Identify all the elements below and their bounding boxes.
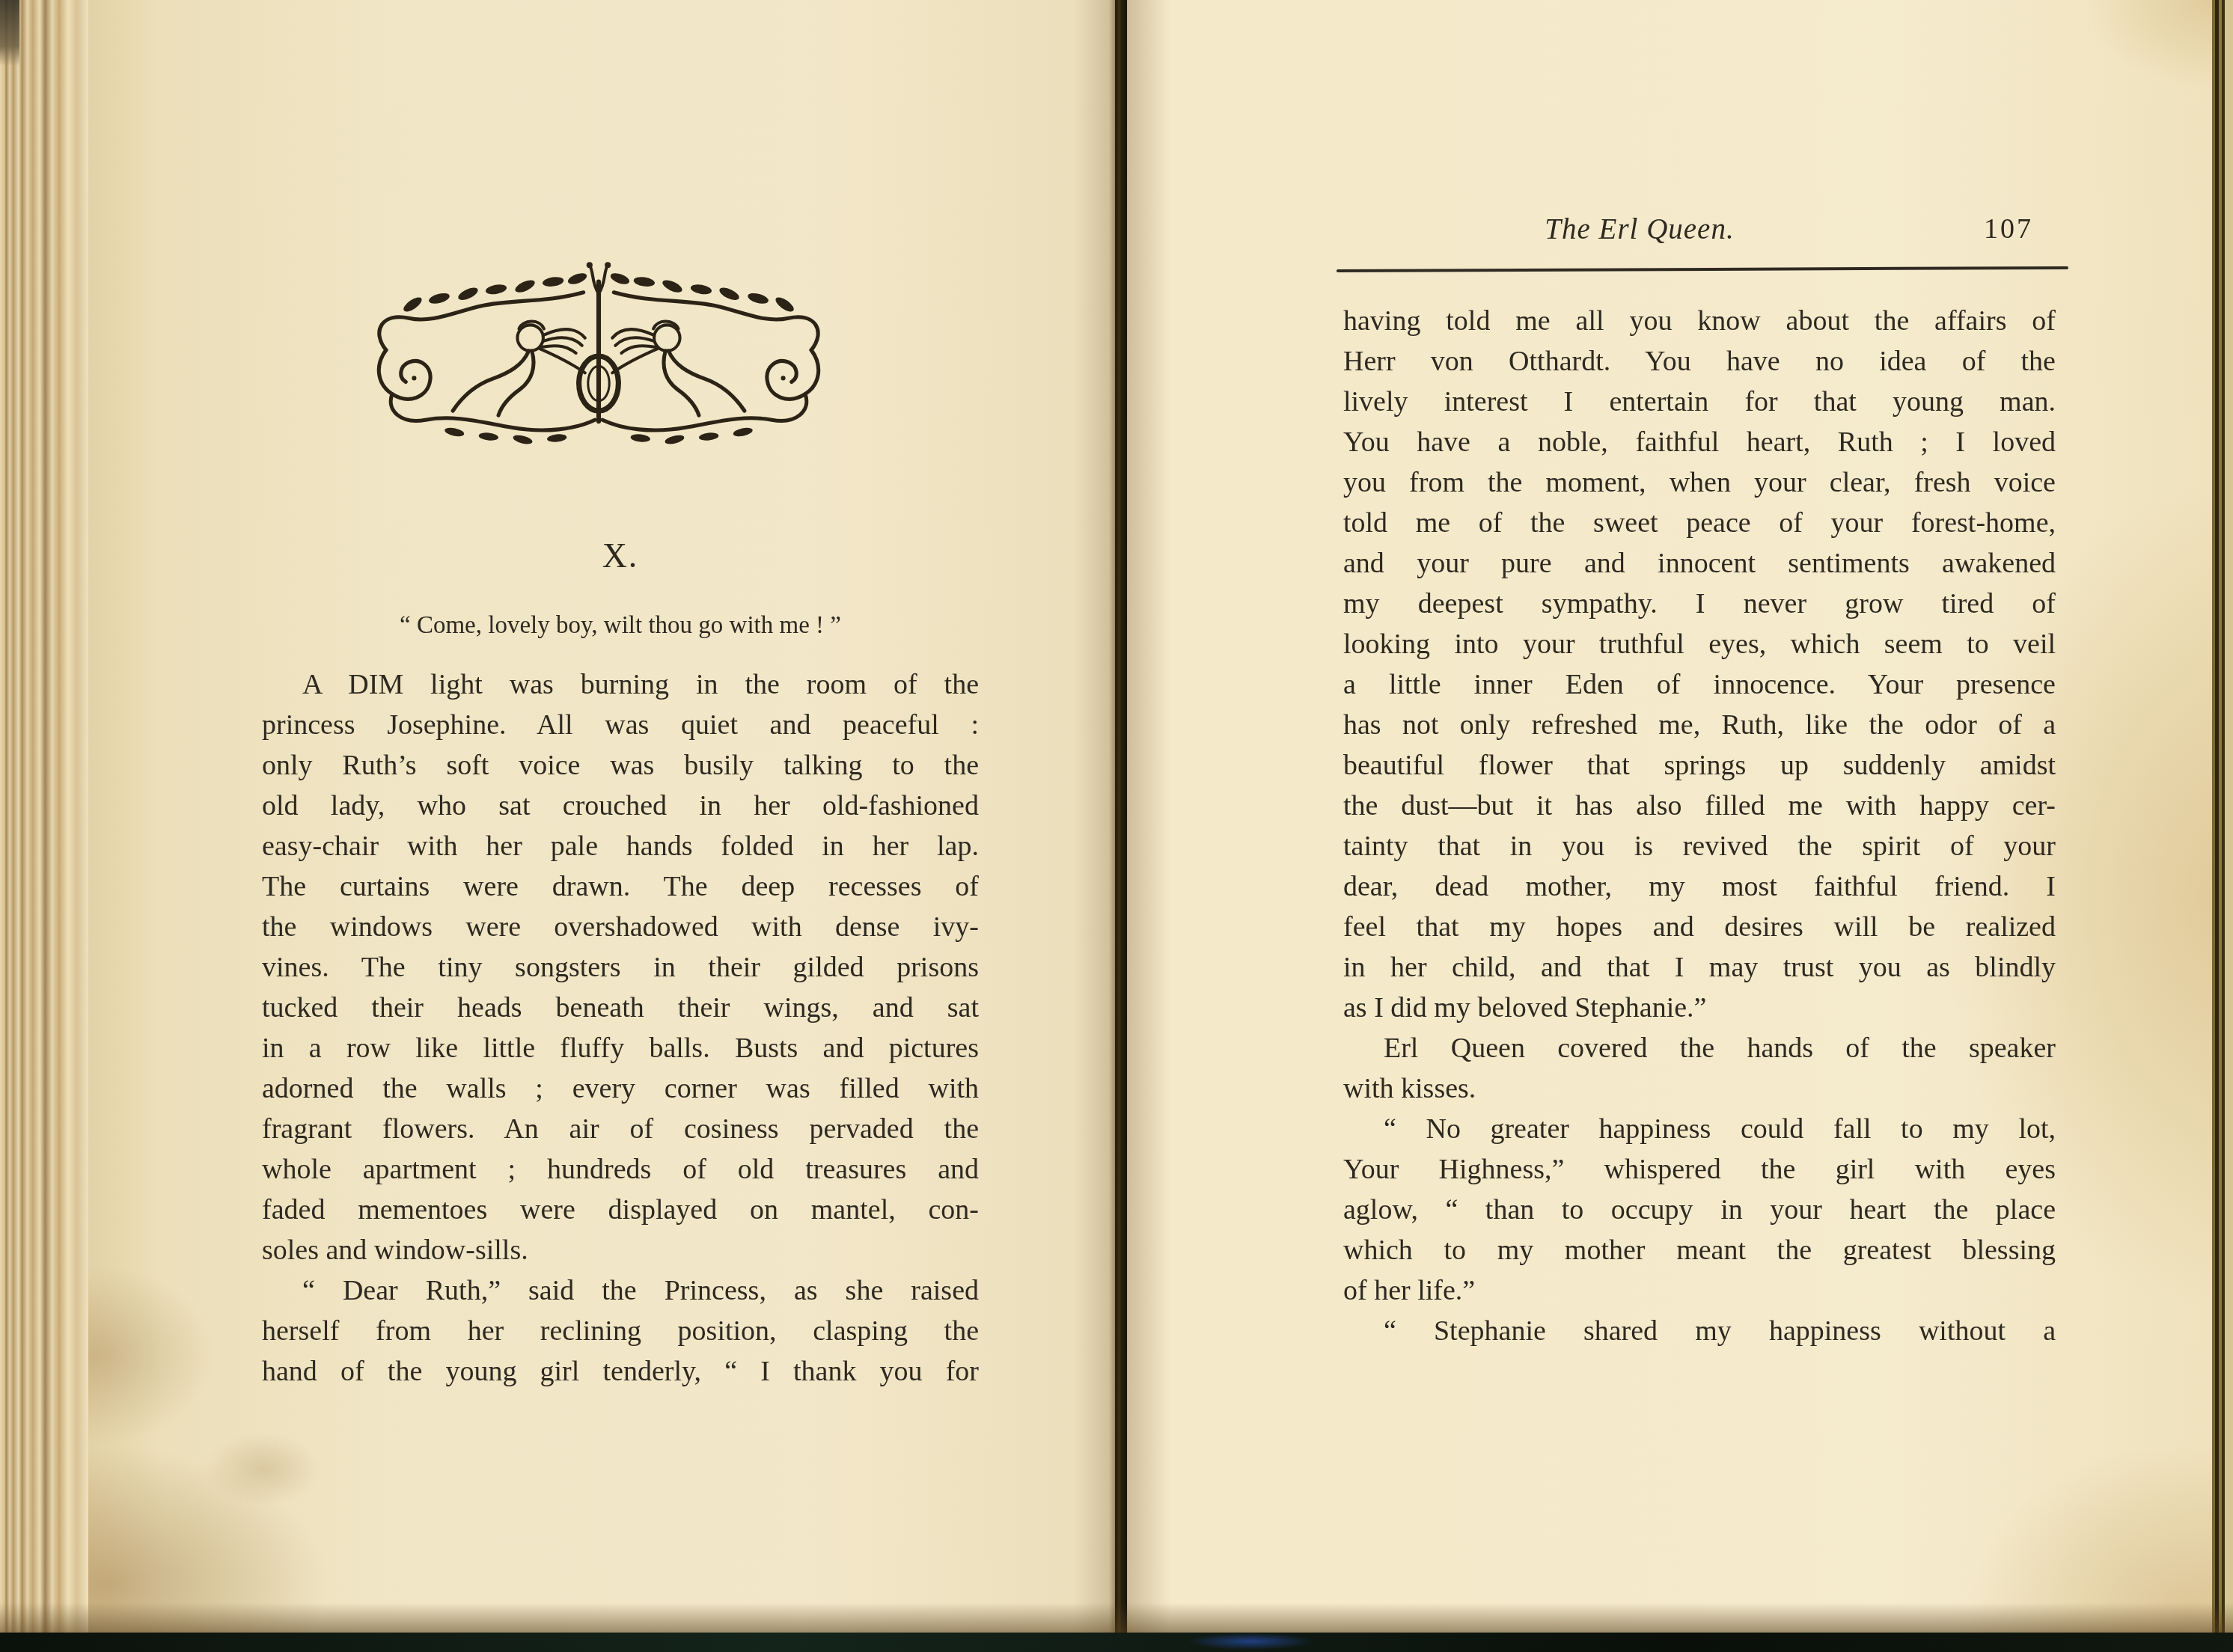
page-number: 107	[1984, 212, 2033, 245]
text-line: “ Dear Ruth,” said the Princess, as she …	[262, 1270, 979, 1311]
running-header: The Erl Queen. 107	[1343, 212, 2056, 257]
chapter-epigraph: “ Come, lovely boy, wilt thou go with me…	[262, 612, 979, 640]
page-stack-fore-edge	[0, 0, 88, 1633]
chapter-ornament-image	[340, 256, 857, 459]
text-line: the dust—but it has also filled me with …	[1343, 786, 2056, 826]
text-line: soles and window-sills.	[262, 1230, 979, 1270]
text-line: princess Josephine. All was quiet and pe…	[262, 705, 979, 745]
text-line: tucked their heads beneath their wings, …	[262, 988, 979, 1028]
text-line: as I did my beloved Stephanie.”	[1343, 988, 2056, 1028]
text-line: “ No greater happiness could fall to my …	[1343, 1109, 2056, 1149]
text-line: told me of the sweet peace of your fores…	[1343, 503, 2056, 543]
right-page-body: having told me all you know about the af…	[1343, 301, 2056, 1351]
text-line: “ Stephanie shared my happiness without …	[1343, 1311, 2056, 1351]
right-page-edge	[2212, 0, 2233, 1633]
text-line: a little inner Eden of innocence. Your p…	[1343, 664, 2056, 705]
spine-shadow-mark	[0, 0, 19, 66]
chapter-number: X.	[262, 536, 979, 575]
text-line: dear, dead mother, my most faithful frie…	[1343, 866, 2056, 907]
text-line: feel that my hopes and desires will be r…	[1343, 907, 2056, 947]
text-line: herself from her reclining position, cla…	[262, 1311, 979, 1351]
text-line: old lady, who sat crouched in her old-fa…	[262, 786, 979, 826]
text-line: Your Highness,” whispered the girl with …	[1343, 1149, 2056, 1190]
text-line: the windows were overshadowed with dense…	[262, 907, 979, 947]
text-line: You have a noble, faithful heart, Ruth ;…	[1343, 422, 2056, 462]
text-line: my deepest sympathy. I never grow tired …	[1343, 584, 2056, 624]
text-line: and your pure and innocent sentiments aw…	[1343, 543, 2056, 584]
page-bottom-edge-shadow	[0, 1603, 2233, 1633]
text-line: you from the moment, when your clear, fr…	[1343, 462, 2056, 503]
text-line: with kisses.	[1343, 1068, 2056, 1109]
text-line: in a row like little fluffy balls. Busts…	[262, 1028, 979, 1068]
text-line: having told me all you know about the af…	[1343, 301, 2056, 341]
text-line: in her child, and that I may trust you a…	[1343, 947, 2056, 988]
text-line: has not only refreshed me, Ruth, like th…	[1343, 705, 2056, 745]
text-line: beautiful flower that springs up suddenl…	[1343, 745, 2056, 786]
running-header-title: The Erl Queen.	[1343, 212, 1936, 246]
text-line: lively interest I entertain for that you…	[1343, 382, 2056, 422]
text-line: only Ruth’s soft voice was busily talkin…	[262, 745, 979, 786]
text-line: vines. The tiny songsters in their gilde…	[262, 947, 979, 988]
book-gutter-fold	[1109, 0, 1128, 1633]
text-line: fragrant flowers. An air of cosiness per…	[262, 1109, 979, 1149]
text-line: tainty that in you is revived the spirit…	[1343, 826, 2056, 866]
left-page-body: A DIM light was burning in the room of t…	[262, 664, 979, 1392]
text-line: A DIM light was burning in the room of t…	[262, 664, 979, 705]
text-line: The curtains were drawn. The deep recess…	[262, 866, 979, 907]
text-line: faded mementoes were displayed on mantel…	[262, 1190, 979, 1230]
text-line: which to my mother meant the greatest bl…	[1343, 1230, 2056, 1270]
text-line: whole apartment ; hundreds of old treasu…	[262, 1149, 979, 1190]
book-cover-bottom-band	[0, 1633, 2233, 1652]
text-line: looking into your truthful eyes, which s…	[1343, 624, 2056, 664]
text-line: hand of the young girl tenderly, “ I tha…	[262, 1351, 979, 1392]
text-line: Herr von Otthardt. You have no idea of t…	[1343, 341, 2056, 382]
text-line: Erl Queen covered the hands of the speak…	[1343, 1028, 2056, 1068]
text-line: easy-chair with her pale hands folded in…	[262, 826, 979, 866]
text-line: of her life.”	[1343, 1270, 2056, 1311]
text-line: adorned the walls ; every corner was fil…	[262, 1068, 979, 1109]
text-line: aglow, “ than to occupy in your heart th…	[1343, 1190, 2056, 1230]
open-book-spread: X. “ Come, lovely boy, wilt thou go with…	[0, 0, 2233, 1652]
